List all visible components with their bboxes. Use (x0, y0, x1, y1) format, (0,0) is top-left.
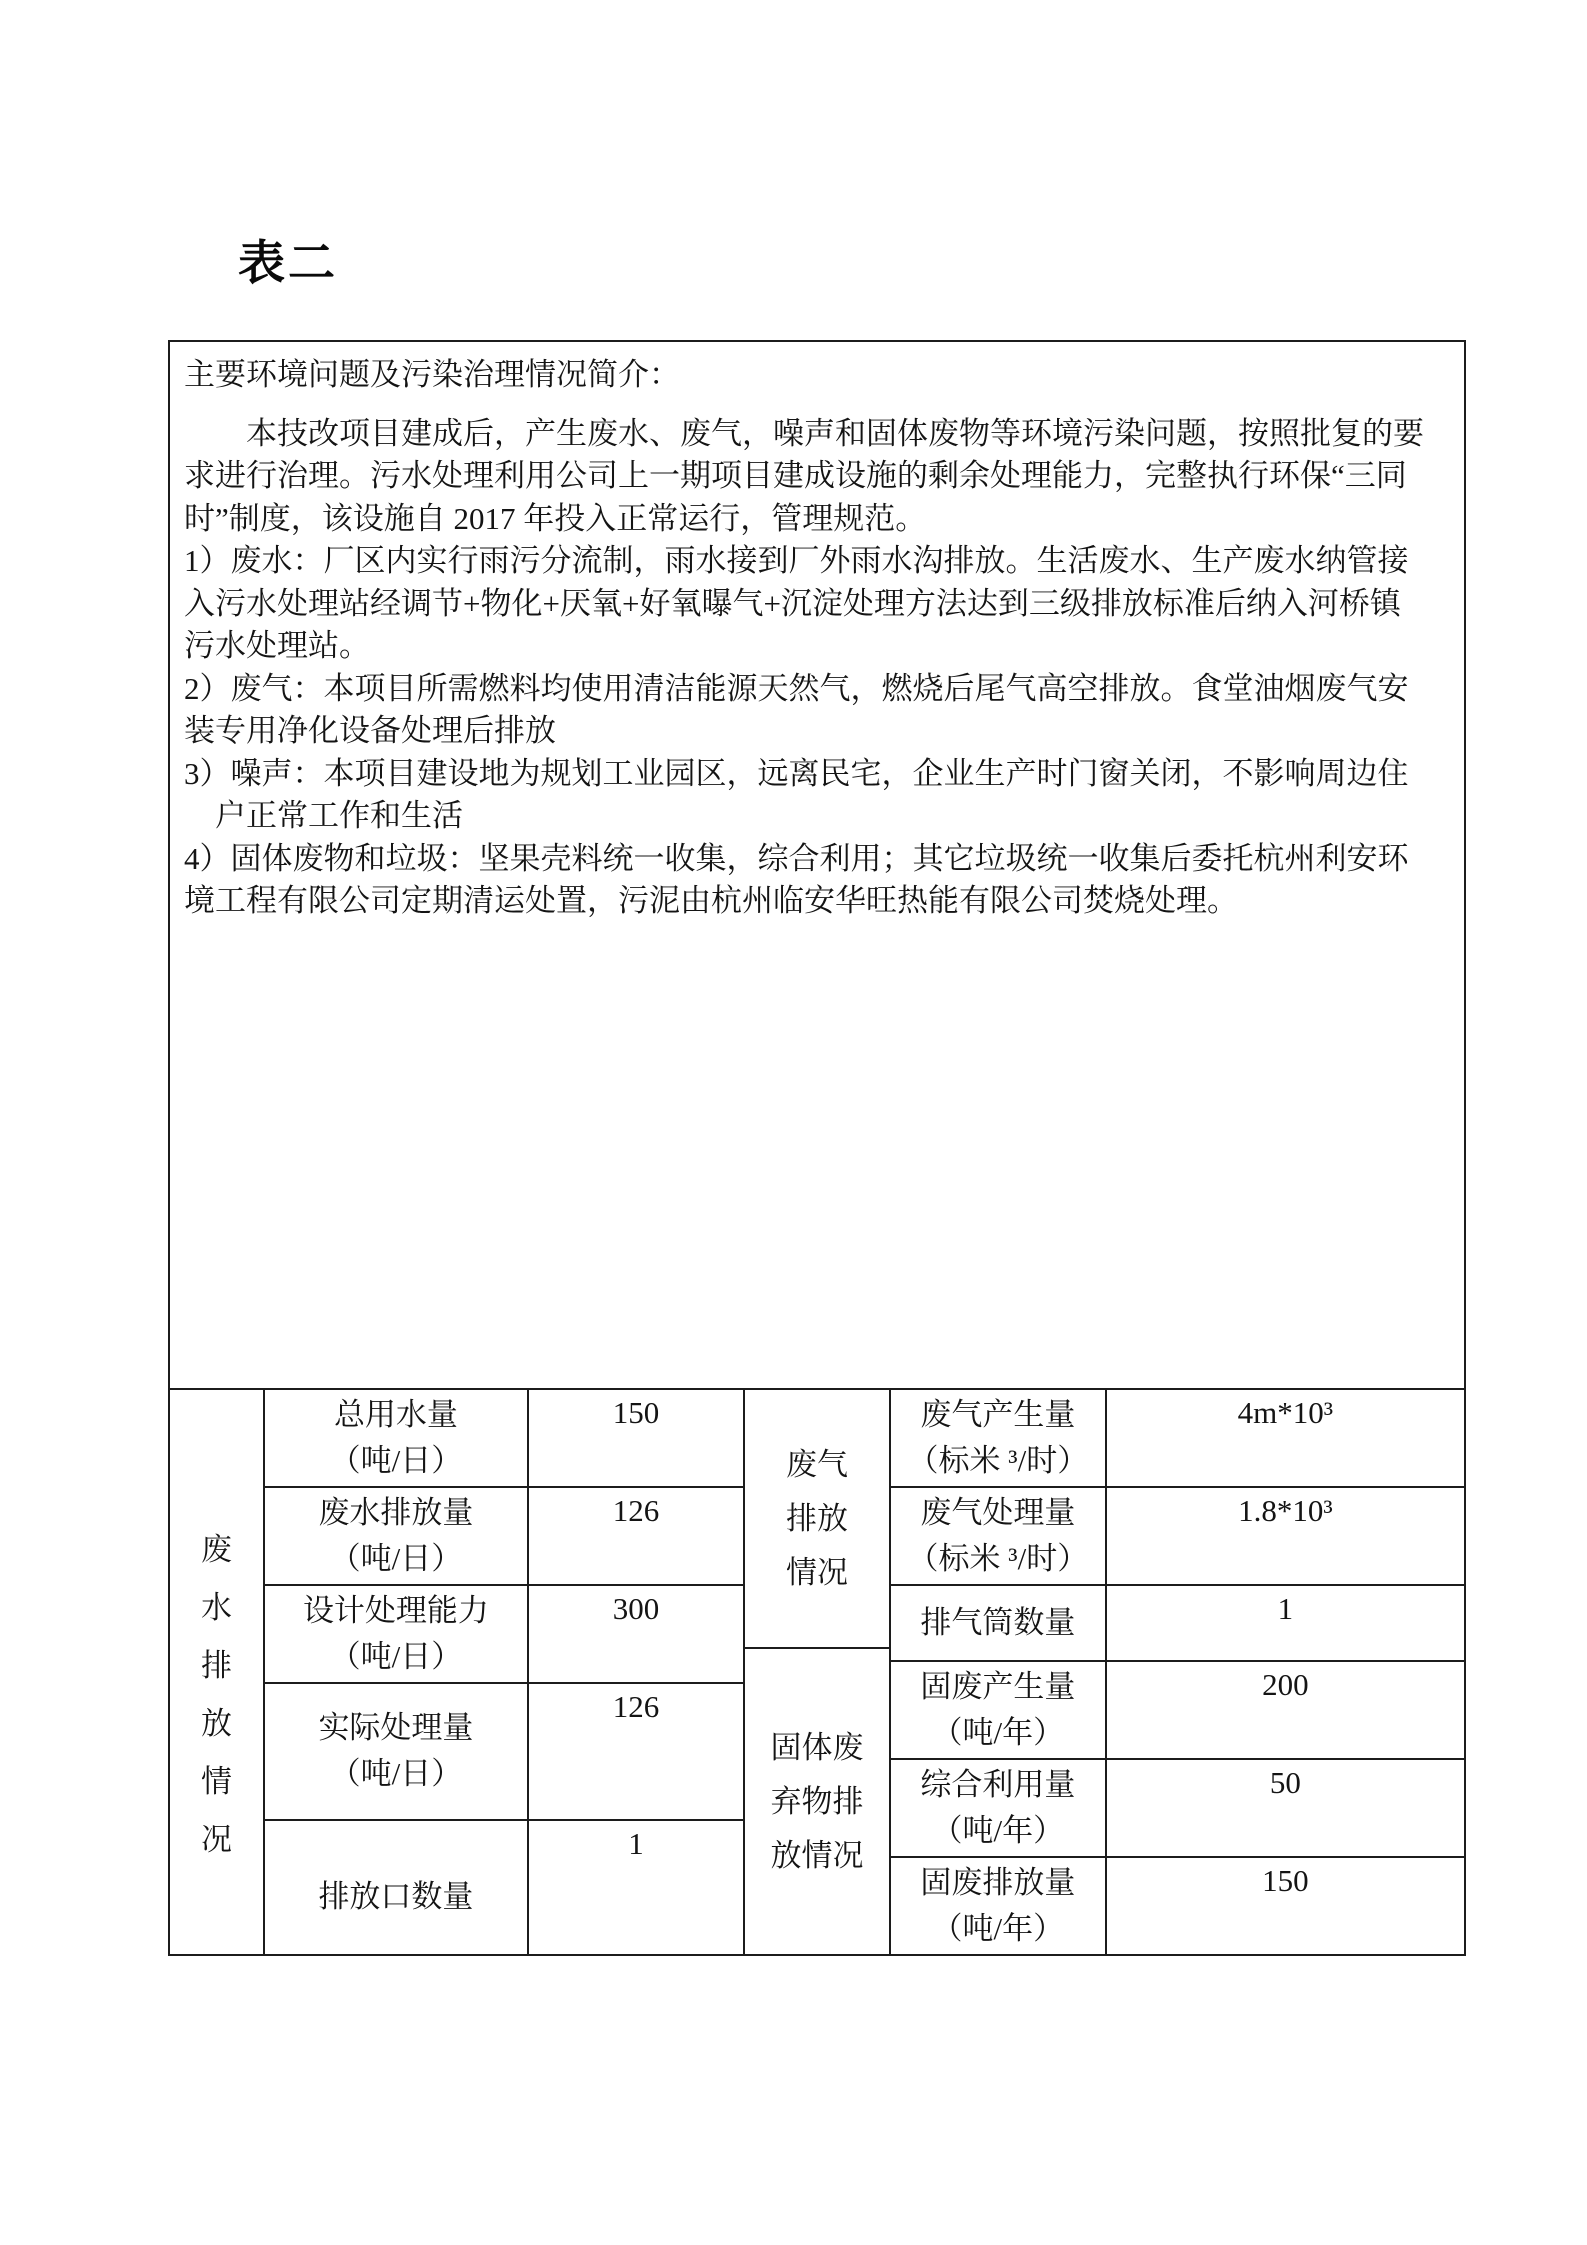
waste-gas-row-value: 1.8*10³ (1105, 1488, 1464, 1586)
waste-gas-row-label: 排气筒数量 (891, 1586, 1105, 1662)
waste-gas-row-label: 废气处理量 （标米 ³/时） (891, 1488, 1105, 1586)
intro-line: 户正常工作和生活 (184, 795, 1454, 838)
intro-line: 3）噪声：本项目建设地为规划工业园区，远离民宅，企业生产时门窗关闭，不影响周边住 (184, 753, 1454, 796)
emissions-table: 废 水 排 放 情 况 总用水量 （吨/日） 150 废水排放量 （吨/日） 1… (170, 1388, 1464, 1954)
wastewater-row-value: 300 (527, 1586, 743, 1684)
intro-heading: 主要环境问题及污染治理情况简介： (184, 354, 1454, 397)
intro-line: 时”制度，该设施自 2017 年投入正常运行，管理规范。 (184, 498, 1454, 541)
wastewater-group-label: 废 水 排 放 情 况 (170, 1390, 265, 1954)
wastewater-row-label: 实际处理量 （吨/日） (265, 1684, 527, 1821)
intro-line: 2）废气：本项目所需燃料均使用清洁能源天然气，燃烧后尾气高空排放。食堂油烟废气安 (184, 668, 1454, 711)
wastewater-row-label: 总用水量 （吨/日） (265, 1390, 527, 1488)
intro-section: 主要环境问题及污染治理情况简介： 本技改项目建成后，产生废水、废气，噪声和固体废… (170, 342, 1464, 923)
solid-waste-row-label: 固废产生量 （吨/年） (891, 1662, 1105, 1760)
waste-gas-group-label: 废气 排放 情况 (745, 1390, 889, 1649)
intro-line: 4）固体废物和垃圾：坚果壳料统一收集，综合利用；其它垃圾统一收集后委托杭州利安环 (184, 838, 1454, 881)
group-label-column: 废气 排放 情况 固体废 弃物排 放情况 (745, 1390, 891, 1954)
intro-line: 求进行治理。污水处理利用公司上一期项目建成设施的剩余处理能力，完整执行环保“三同 (184, 455, 1454, 498)
wastewater-row-value: 126 (527, 1488, 743, 1586)
waste-gas-row-value: 1 (1105, 1586, 1464, 1662)
intro-line: 境工程有限公司定期清运处置，污泥由杭州临安华旺热能有限公司焚烧处理。 (184, 880, 1454, 923)
solid-waste-row-value: 150 (1105, 1858, 1464, 1954)
wastewater-row-value: 126 (527, 1684, 743, 1821)
intro-line: 本技改项目建成后，产生废水、废气，噪声和固体废物等环境污染问题，按照批复的要 (184, 413, 1454, 456)
content-box: 主要环境问题及污染治理情况简介： 本技改项目建成后，产生废水、废气，噪声和固体废… (168, 340, 1466, 1956)
solid-waste-row-label: 固废排放量 （吨/年） (891, 1858, 1105, 1954)
intro-line: 污水处理站。 (184, 625, 1454, 668)
intro-line: 入污水处理站经调节+物化+厌氧+好氧曝气+沉淀处理方法达到三级排放标准后纳入河桥… (184, 583, 1454, 626)
intro-line: 装专用净化设备处理后排放 (184, 710, 1454, 753)
gas-solid-subtable: 废气产生量 （标米 ³/时） 4m*10³ 废气处理量 （标米 ³/时） 1.8… (891, 1390, 1464, 1954)
solid-waste-row-value: 50 (1105, 1760, 1464, 1858)
page-title: 表二 (238, 226, 338, 293)
wastewater-row-label: 排放口数量 (265, 1821, 527, 1954)
wastewater-row-label: 废水排放量 （吨/日） (265, 1488, 527, 1586)
wastewater-row-value: 150 (527, 1390, 743, 1488)
solid-waste-row-value: 200 (1105, 1662, 1464, 1760)
wastewater-row-value: 1 (527, 1821, 743, 1954)
wastewater-row-label: 设计处理能力 （吨/日） (265, 1586, 527, 1684)
waste-gas-row-value: 4m*10³ (1105, 1390, 1464, 1488)
solid-waste-row-label: 综合利用量 （吨/年） (891, 1760, 1105, 1858)
waste-gas-row-label: 废气产生量 （标米 ³/时） (891, 1390, 1105, 1488)
solid-waste-group-label: 固体废 弃物排 放情况 (745, 1649, 889, 1954)
intro-line: 1）废水：厂区内实行雨污分流制，雨水接到厂外雨水沟排放。生活废水、生产废水纳管接 (184, 540, 1454, 583)
wastewater-subtable: 总用水量 （吨/日） 150 废水排放量 （吨/日） 126 设计处理能力 （吨… (265, 1390, 745, 1954)
